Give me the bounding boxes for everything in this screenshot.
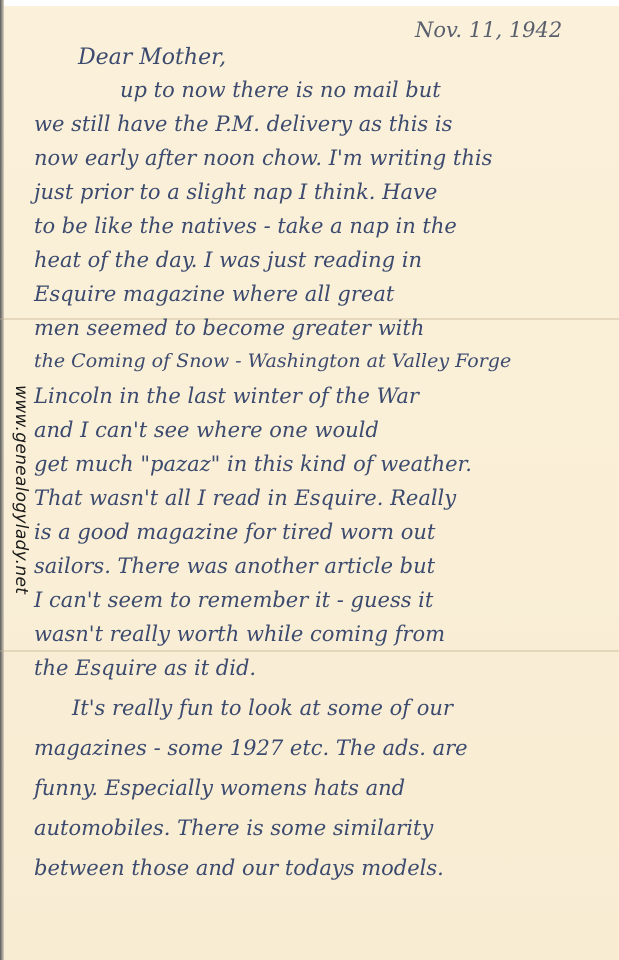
letter-date: Nov. 11, 1942 <box>415 18 562 42</box>
letter-line: automobiles. There is some similarity <box>34 816 433 840</box>
letter-line: to be like the natives - take a nap in t… <box>34 214 457 238</box>
letter-line: Lincoln in the last winter of the War <box>34 384 419 408</box>
letter-line: magazines - some 1927 etc. The ads. are <box>34 736 468 760</box>
letter-line: funny. Especially womens hats and <box>34 776 405 800</box>
letter-line: get much "pazaz" in this kind of weather… <box>34 452 472 476</box>
letter-line: just prior to a slight nap I think. Have <box>34 180 437 204</box>
watermark: www.genealogylady.net <box>7 385 35 675</box>
letter-line: the Esquire as it did. <box>34 656 256 680</box>
letter-line: heat of the day. I was just reading in <box>34 248 422 272</box>
letter-line: wasn't really worth while coming from <box>34 622 445 646</box>
letter-line: I can't seem to remember it - guess it <box>34 588 433 612</box>
letter-line: sailors. There was another article but <box>34 554 435 578</box>
letter-line: the Coming of Snow - Washington at Valle… <box>34 350 511 372</box>
letter-salutation: Dear Mother, <box>78 45 226 70</box>
letter-line: now early after noon chow. I'm writing t… <box>34 146 492 170</box>
letter-page: www.genealogylady.net Nov. 11, 1942 Dear… <box>0 0 619 960</box>
paper-fold-line <box>0 650 619 652</box>
letter-line: is a good magazine for tired worn out <box>34 520 435 544</box>
letter-line: It's really fun to look at some of our <box>72 696 453 720</box>
letter-line: That wasn't all I read in Esquire. Reall… <box>34 486 456 510</box>
letter-line: between those and our todays models. <box>34 856 444 880</box>
letter-line: Esquire magazine where all great <box>34 282 394 306</box>
letter-line: up to now there is no mail but <box>120 78 441 102</box>
scan-left-edge <box>0 0 4 960</box>
letter-line: and I can't see where one would <box>34 418 379 442</box>
letter-line: men seemed to become greater with <box>34 316 424 340</box>
scan-top-edge <box>0 0 619 6</box>
letter-line: we still have the P.M. delivery as this … <box>34 112 452 136</box>
